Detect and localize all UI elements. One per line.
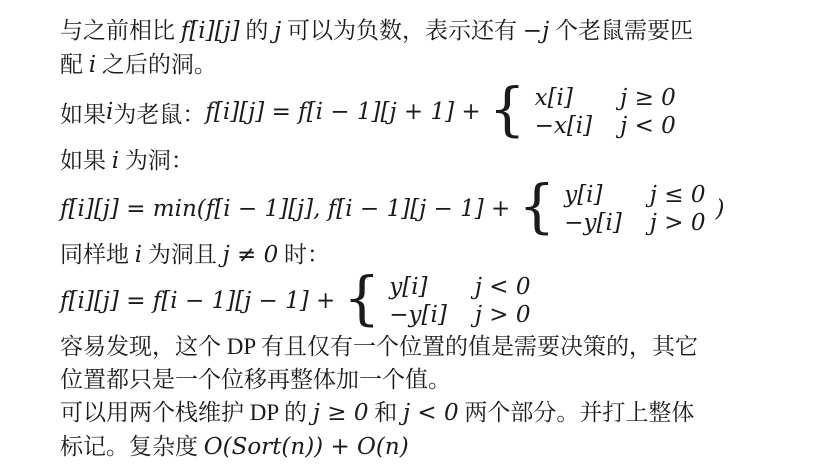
left-brace: { xyxy=(343,271,380,326)
math-run: j ≥ 0 xyxy=(313,400,369,426)
case-value: −y[i] xyxy=(564,209,622,237)
math-run: O(Sort(n)) + O(n) xyxy=(204,434,409,460)
math-run: −j xyxy=(523,18,549,44)
cases-grid: y[i] j ≤ 0 −y[i] j > 0 xyxy=(564,181,705,237)
closing-paren: ) xyxy=(715,196,724,222)
paragraph3-line1: 可以用两个栈维护 DP 的 j ≥ 0 和 j < 0 两个部分。并打上整体 xyxy=(60,396,786,430)
math-run: i xyxy=(106,99,113,125)
text-run: 同样地 xyxy=(60,242,135,267)
cases-block-mouse: { x[i] j ≥ 0 −x[i] j < 0 xyxy=(489,84,676,140)
math-run: f[i][j] = f[i − 1][j + 1] + xyxy=(205,99,480,125)
paragraph3-line2: 标记。复杂度 O(Sort(n)) + O(n) xyxy=(60,430,786,464)
case-condition: j < 0 xyxy=(620,112,676,140)
text-run: 容易发现，这个 DP 有且仅有一个位置的值是需要决策的，其它 xyxy=(60,334,698,359)
text-run: 可以用两个栈维护 DP 的 xyxy=(60,400,313,425)
text-run: 为洞： xyxy=(119,148,194,173)
text-run: 的 xyxy=(240,18,275,43)
left-brace: { xyxy=(518,179,555,234)
text-run: 标记。复杂度 xyxy=(60,434,204,459)
cases-block-hole: { y[i] j ≤ 0 −y[i] j > 0 xyxy=(518,181,705,237)
text-run: 和 xyxy=(368,400,403,425)
text-run: 配 xyxy=(60,52,89,77)
text-run: 如果 xyxy=(60,96,106,129)
math-run: f[i][j] = min(f[i − 1][j], f[i − 1][j − … xyxy=(60,196,510,222)
formula-hole: f[i][j] = min(f[i − 1][j], f[i − 1][j − … xyxy=(60,180,786,238)
case-value: −y[i] xyxy=(389,301,447,329)
hole-label-line: 如果 i 为洞： xyxy=(60,142,786,180)
case-value: y[i] xyxy=(564,181,622,209)
text-run: 为老鼠： xyxy=(113,96,205,129)
paragraph2-line1: 容易发现，这个 DP 有且仅有一个位置的值是需要决策的，其它 xyxy=(60,330,786,363)
text-run: 之后的洞。 xyxy=(96,52,217,77)
text-run: 如果 xyxy=(60,148,112,173)
case-condition: j ≥ 0 xyxy=(620,84,676,112)
text-run: 时： xyxy=(278,242,330,267)
case-condition: j > 0 xyxy=(475,301,531,329)
text-run: 为洞且 xyxy=(142,242,223,267)
text-run: 可以为负数，表示还有 xyxy=(281,18,523,43)
case-condition: j < 0 xyxy=(475,273,531,301)
math-run: i xyxy=(112,148,119,174)
cases-block-hole2: { y[i] j < 0 −y[i] j > 0 xyxy=(343,273,530,329)
document-page: 与之前相比 f[i][j] 的 j 可以为负数，表示还有 −j 个老鼠需要匹 配… xyxy=(0,0,834,474)
formula-hole2: f[i][j] = f[i − 1][j − 1] + { y[i] j < 0… xyxy=(60,272,786,330)
cases-grid: x[i] j ≥ 0 −x[i] j < 0 xyxy=(535,84,676,140)
math-run: f[i][j] = f[i − 1][j − 1] + xyxy=(60,288,335,314)
text-run: 与之前相比 xyxy=(60,18,181,43)
case-condition: j > 0 xyxy=(650,209,706,237)
case-value: x[i] xyxy=(535,84,593,112)
paragraph1-line2: 配 i 之后的洞。 xyxy=(60,48,786,82)
math-run: f[i][j] xyxy=(181,18,240,44)
math-run: j ≠ 0 xyxy=(223,242,279,268)
text-run: 两个部分。并打上整体 xyxy=(459,400,695,425)
math-run: j < 0 xyxy=(403,400,459,426)
paragraph1-line1: 与之前相比 f[i][j] 的 j 可以为负数，表示还有 −j 个老鼠需要匹 xyxy=(60,14,786,48)
case-value: −x[i] xyxy=(535,112,593,140)
paragraph2-line2: 位置都只是一个位移再整体加一个值。 xyxy=(60,363,786,396)
formula-mouse: 如果 i 为老鼠：f[i][j] = f[i − 1][j + 1] + { x… xyxy=(60,82,786,142)
math-run: i xyxy=(89,52,96,78)
hole2-label-line: 同样地 i 为洞且 j ≠ 0 时： xyxy=(60,238,786,272)
math-run: i xyxy=(135,242,142,268)
case-value: y[i] xyxy=(389,273,447,301)
cases-grid: y[i] j < 0 −y[i] j > 0 xyxy=(389,273,530,329)
text-run: 个老鼠需要匹 xyxy=(549,18,693,43)
left-brace: { xyxy=(489,82,526,137)
case-condition: j ≤ 0 xyxy=(650,181,706,209)
text-run: 位置都只是一个位移再整体加一个值。 xyxy=(60,367,451,392)
